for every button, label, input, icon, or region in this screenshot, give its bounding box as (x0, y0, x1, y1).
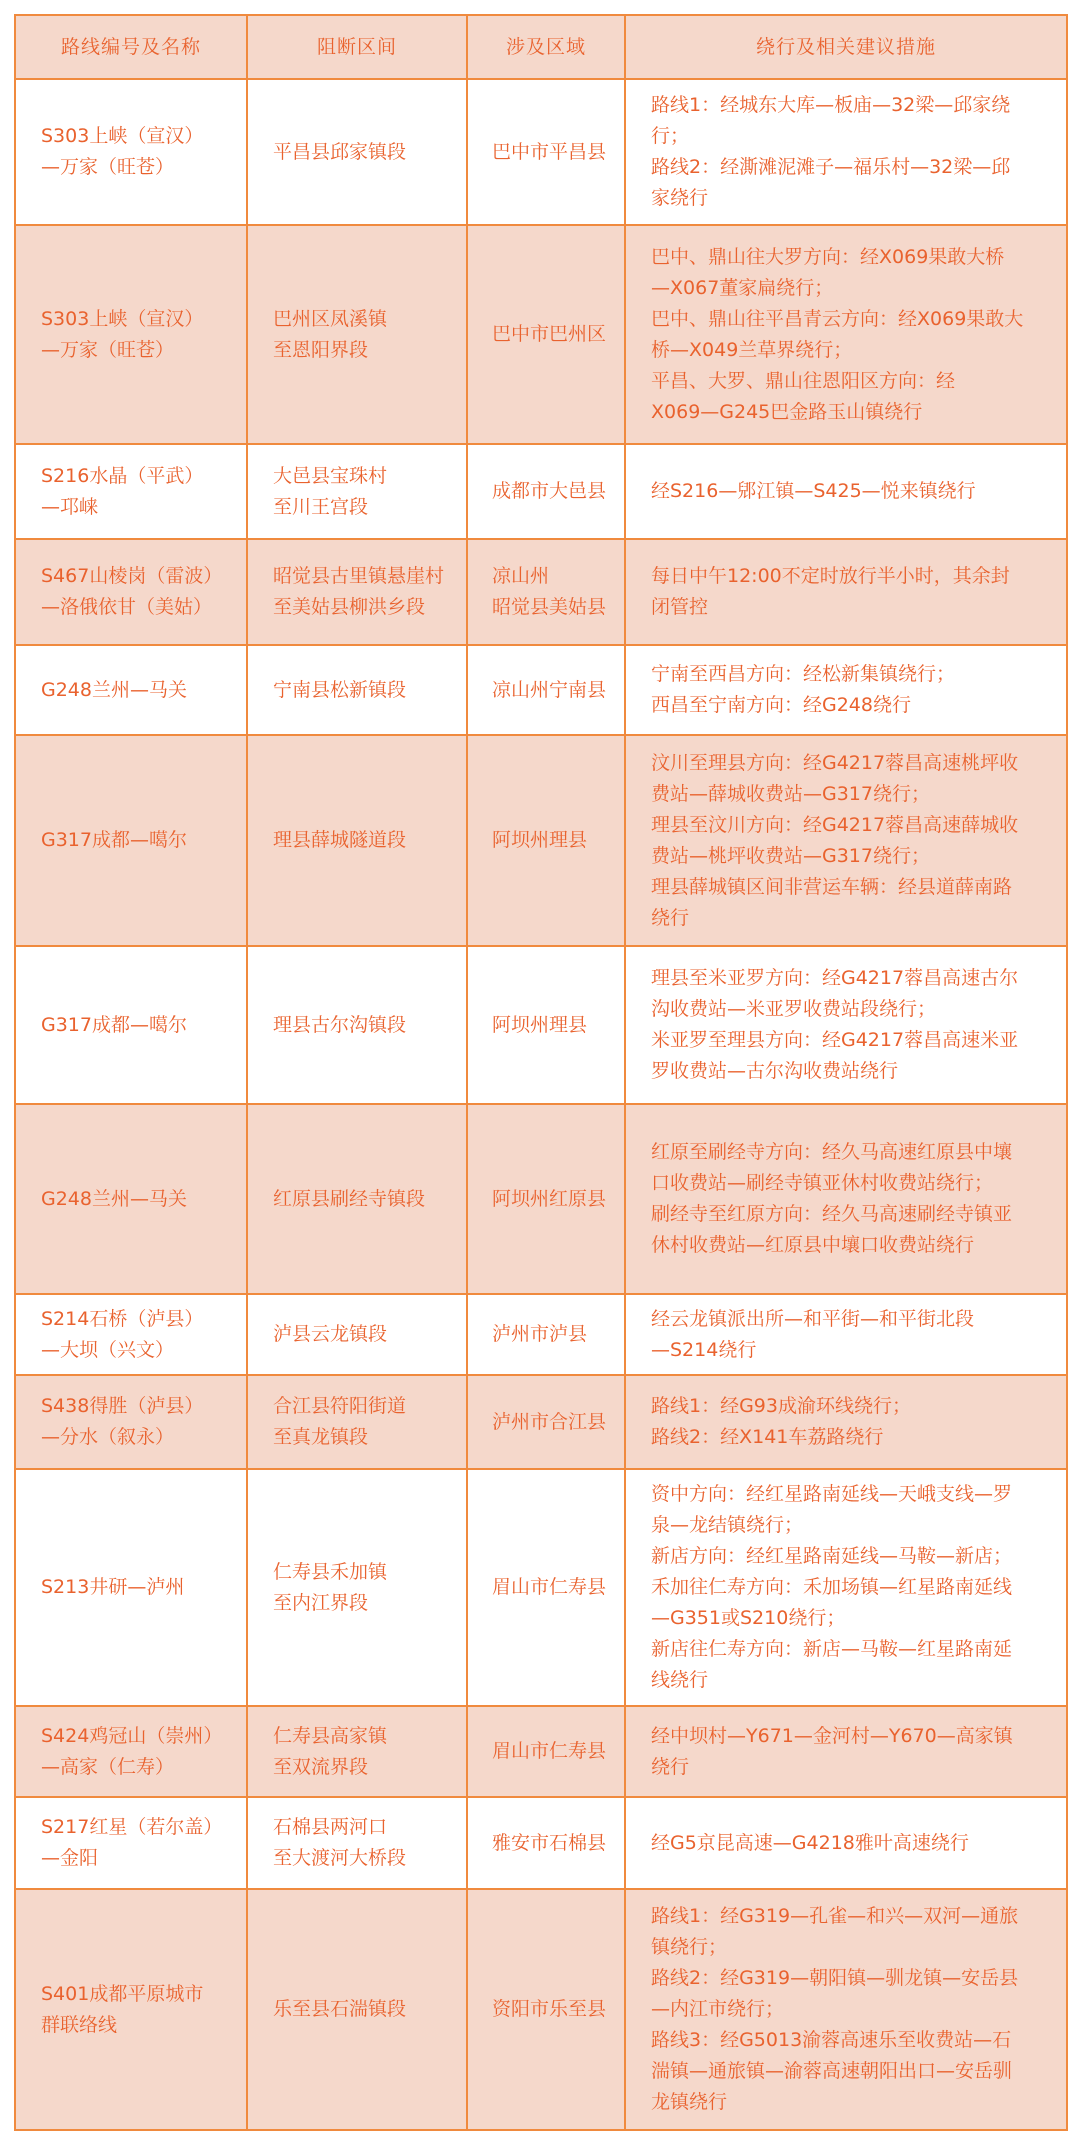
text-line: 巴中市平昌县 (492, 137, 620, 168)
detour-cell-text: 路线1：经G319—孔雀—和兴—双河—通旅镇绕行；路线2：经G319—朝阳镇—驯… (651, 1901, 1054, 2118)
area-cell: 巴中市巴州区 (467, 225, 625, 444)
text-line: 昭觉县美姑县 (492, 592, 620, 623)
area-cell: 凉山州昭觉县美姑县 (467, 539, 625, 645)
detour-cell: 路线1：经城东大库—板庙—32梁—邱家绕行；路线2：经澌滩泥滩子—福乐村—32梁… (625, 79, 1067, 225)
text-line: —X067董家扁绕行； (651, 273, 1054, 304)
text-line: —万家（旺苍） (41, 335, 234, 366)
text-line: S438得胜（泸县） (41, 1391, 234, 1422)
route-cell-text: S424鸡冠山（崇州）—高家（仁寿） (41, 1721, 234, 1783)
area-cell: 巴中市平昌县 (467, 79, 625, 225)
detour-cell-text: 路线1：经G93成渝环线绕行；路线2：经X141车荔路绕行 (651, 1391, 1054, 1453)
area-cell-text: 资阳市乐至县 (492, 1994, 620, 2025)
road-detour-table: 路线编号及名称 阻断区间 涉及区域 绕行及相关建议措施 S303上峡（宣汉）—万… (14, 14, 1068, 2131)
text-line: S467山棱岗（雷波） (41, 561, 234, 592)
text-line: 线绕行 (651, 1665, 1054, 1696)
route-cell: S216水晶（平武）—邛崃 (15, 444, 247, 539)
text-line: X069—G245巴金路玉山镇绕行 (651, 397, 1054, 428)
header-route: 路线编号及名称 (15, 15, 247, 79)
blocked-section-cell-text: 宁南县松新镇段 (273, 675, 454, 706)
detour-cell: 经云龙镇派出所—和平街—和平街北段—S214绕行 (625, 1294, 1067, 1375)
area-cell: 阿坝州理县 (467, 735, 625, 946)
blocked-section-cell: 合江县符阳街道至真龙镇段 (247, 1375, 467, 1469)
blocked-section-cell-text: 泸县云龙镇段 (273, 1319, 454, 1350)
text-line: 泸州市泸县 (492, 1319, 620, 1350)
area-cell: 泸州市泸县 (467, 1294, 625, 1375)
detour-cell: 经G5京昆高速—G4218雅叶高速绕行 (625, 1797, 1067, 1889)
detour-cell: 汶川至理县方向：经G4217蓉昌高速桃坪收费站—薛城收费站—G317绕行；理县至… (625, 735, 1067, 946)
area-cell: 雅安市石棉县 (467, 1797, 625, 1889)
text-line: 至恩阳界段 (273, 335, 454, 366)
text-line: —内江市绕行； (651, 1994, 1054, 2025)
text-line: 米亚罗至理县方向：经G4217蓉昌高速米亚 (651, 1025, 1054, 1056)
text-line: 禾加往仁寿方向：禾加场镇—红星路南延线 (651, 1572, 1054, 1603)
route-cell-text: S438得胜（泸县）—分水（叙永） (41, 1391, 234, 1453)
header-blocked-section: 阻断区间 (247, 15, 467, 79)
text-line: 费站—薛城收费站—G317绕行； (651, 779, 1054, 810)
text-line: 平昌县邱家镇段 (273, 137, 454, 168)
route-cell-text: G248兰州—马关 (41, 675, 234, 706)
text-line: 路线2：经X141车荔路绕行 (651, 1422, 1054, 1453)
text-line: 至大渡河大桥段 (273, 1843, 454, 1874)
blocked-section-cell: 石棉县两河口至大渡河大桥段 (247, 1797, 467, 1889)
text-line: 罗收费站—古尔沟收费站绕行 (651, 1056, 1054, 1087)
detour-cell: 经S216—郳江镇—S425—悦来镇绕行 (625, 444, 1067, 539)
text-line: 大邑县宝珠村 (273, 461, 454, 492)
text-line: 费站—桃坪收费站—G317绕行； (651, 841, 1054, 872)
area-cell-text: 巴中市巴州区 (492, 319, 620, 350)
text-line: G317成都—噶尔 (41, 825, 234, 856)
route-cell-text: G248兰州—马关 (41, 1184, 234, 1215)
route-cell: S467山棱岗（雷波）—洛俄依甘（美姑） (15, 539, 247, 645)
text-line: 资阳市乐至县 (492, 1994, 620, 2025)
blocked-section-cell-text: 理县古尔沟镇段 (273, 1010, 454, 1041)
text-line: 眉山市仁寿县 (492, 1572, 620, 1603)
table-row: S216水晶（平武）—邛崃大邑县宝珠村至川王宫段成都市大邑县经S216—郳江镇—… (15, 444, 1067, 539)
detour-cell: 理县至米亚罗方向：经G4217蓉昌高速古尔沟收费站—米亚罗收费站段绕行；米亚罗至… (625, 946, 1067, 1104)
blocked-section-cell-text: 大邑县宝珠村至川王宫段 (273, 461, 454, 523)
text-line: 行； (651, 121, 1054, 152)
text-line: 群联络线 (41, 2010, 234, 2041)
text-line: —万家（旺苍） (41, 152, 234, 183)
route-cell: S217红星（若尔盖）—金阳 (15, 1797, 247, 1889)
blocked-section-cell: 乐至县石湍镇段 (247, 1889, 467, 2130)
area-cell-text: 凉山州宁南县 (492, 675, 620, 706)
route-cell-text: S216水晶（平武）—邛崃 (41, 461, 234, 523)
text-line: —洛俄依甘（美姑） (41, 592, 234, 623)
text-line: 休村收费站—红原县中壤口收费站绕行 (651, 1230, 1054, 1261)
header-detour: 绕行及相关建议措施 (625, 15, 1067, 79)
text-line: 理县至汶川方向：经G4217蓉昌高速薛城收 (651, 810, 1054, 841)
text-line: 新店方向：经红星路南延线—马鞍—新店； (651, 1541, 1054, 1572)
area-cell: 资阳市乐至县 (467, 1889, 625, 2130)
text-line: 刷经寺至红原方向：经久马高速刷经寺镇亚 (651, 1199, 1054, 1230)
detour-cell-text: 汶川至理县方向：经G4217蓉昌高速桃坪收费站—薛城收费站—G317绕行；理县至… (651, 748, 1054, 934)
area-cell-text: 凉山州昭觉县美姑县 (492, 561, 620, 623)
area-cell-text: 雅安市石棉县 (492, 1828, 620, 1859)
header-area: 涉及区域 (467, 15, 625, 79)
text-line: S424鸡冠山（崇州） (41, 1721, 234, 1752)
area-cell: 阿坝州理县 (467, 946, 625, 1104)
table-row: S401成都平原城市群联络线乐至县石湍镇段资阳市乐至县路线1：经G319—孔雀—… (15, 1889, 1067, 2130)
table-row: S424鸡冠山（崇州）—高家（仁寿）仁寿县高家镇至双流界段眉山市仁寿县经中坝村—… (15, 1706, 1067, 1797)
text-line: 口收费站—刷经寺镇亚休村收费站绕行； (651, 1168, 1054, 1199)
route-cell: S214石桥（泸县）—大坝（兴文） (15, 1294, 247, 1375)
detour-cell-text: 经S216—郳江镇—S425—悦来镇绕行 (651, 476, 1054, 507)
area-cell-text: 眉山市仁寿县 (492, 1736, 620, 1767)
text-line: 仁寿县高家镇 (273, 1721, 454, 1752)
route-cell: S213井研—泸州 (15, 1469, 247, 1706)
text-line: 理县薛城隧道段 (273, 825, 454, 856)
route-cell-text: S213井研—泸州 (41, 1572, 234, 1603)
blocked-section-cell: 理县薛城隧道段 (247, 735, 467, 946)
text-line: 合江县符阳街道 (273, 1391, 454, 1422)
text-line: 路线1：经G93成渝环线绕行； (651, 1391, 1054, 1422)
blocked-section-cell-text: 平昌县邱家镇段 (273, 137, 454, 168)
blocked-section-cell-text: 石棉县两河口至大渡河大桥段 (273, 1812, 454, 1874)
text-line: 阿坝州理县 (492, 1010, 620, 1041)
detour-cell: 经中坝村—Y671—金河村—Y670—高家镇绕行 (625, 1706, 1067, 1797)
route-cell: G248兰州—马关 (15, 645, 247, 735)
text-line: G248兰州—马关 (41, 675, 234, 706)
table-row: S214石桥（泸县）—大坝（兴文）泸县云龙镇段泸州市泸县经云龙镇派出所—和平街—… (15, 1294, 1067, 1375)
route-cell: S303上峡（宣汉）—万家（旺苍） (15, 225, 247, 444)
text-line: 成都市大邑县 (492, 476, 620, 507)
text-line: 理县薛城镇区间非营运车辆：经县道薛南路 (651, 872, 1054, 903)
area-cell-text: 阿坝州红原县 (492, 1184, 620, 1215)
detour-cell: 宁南至西昌方向：经松新集镇绕行；西昌至宁南方向：经G248绕行 (625, 645, 1067, 735)
table-row: S303上峡（宣汉）—万家（旺苍）平昌县邱家镇段巴中市平昌县路线1：经城东大库—… (15, 79, 1067, 225)
area-cell: 眉山市仁寿县 (467, 1469, 625, 1706)
text-line: 至内江界段 (273, 1588, 454, 1619)
blocked-section-cell: 理县古尔沟镇段 (247, 946, 467, 1104)
area-cell-text: 泸州市泸县 (492, 1319, 620, 1350)
text-line: G248兰州—马关 (41, 1184, 234, 1215)
text-line: 石棉县两河口 (273, 1812, 454, 1843)
detour-cell: 每日中午12:00不定时放行半小时，其余封闭管控 (625, 539, 1067, 645)
blocked-section-cell: 巴州区凤溪镇至恩阳界段 (247, 225, 467, 444)
blocked-section-cell-text: 合江县符阳街道至真龙镇段 (273, 1391, 454, 1453)
detour-cell-text: 经云龙镇派出所—和平街—和平街北段—S214绕行 (651, 1304, 1054, 1366)
route-cell: S401成都平原城市群联络线 (15, 1889, 247, 2130)
text-line: 红原至刷经寺方向：经久马高速红原县中壤 (651, 1137, 1054, 1168)
blocked-section-cell-text: 仁寿县禾加镇至内江界段 (273, 1557, 454, 1619)
text-line: 桥—X049兰草界绕行； (651, 335, 1054, 366)
blocked-section-cell: 仁寿县高家镇至双流界段 (247, 1706, 467, 1797)
table-row: G317成都—噶尔理县薛城隧道段阿坝州理县汶川至理县方向：经G4217蓉昌高速桃… (15, 735, 1067, 946)
area-cell: 泸州市合江县 (467, 1375, 625, 1469)
text-line: 宁南县松新镇段 (273, 675, 454, 706)
route-cell: S303上峡（宣汉）—万家（旺苍） (15, 79, 247, 225)
table-row: S213井研—泸州仁寿县禾加镇至内江界段眉山市仁寿县资中方向：经红星路南延线—天… (15, 1469, 1067, 1706)
text-line: 经S216—郳江镇—S425—悦来镇绕行 (651, 476, 1054, 507)
text-line: 至川王宫段 (273, 492, 454, 523)
text-line: —高家（仁寿） (41, 1752, 234, 1783)
blocked-section-cell: 仁寿县禾加镇至内江界段 (247, 1469, 467, 1706)
text-line: 经云龙镇派出所—和平街—和平街北段 (651, 1304, 1054, 1335)
text-line: 凉山州宁南县 (492, 675, 620, 706)
detour-cell-text: 红原至刷经寺方向：经久马高速红原县中壤口收费站—刷经寺镇亚休村收费站绕行；刷经寺… (651, 1137, 1054, 1261)
area-cell-text: 阿坝州理县 (492, 825, 620, 856)
blocked-section-cell: 泸县云龙镇段 (247, 1294, 467, 1375)
text-line: 宁南至西昌方向：经松新集镇绕行； (651, 659, 1054, 690)
table-row: S438得胜（泸县）—分水（叙永）合江县符阳街道至真龙镇段泸州市合江县路线1：经… (15, 1375, 1067, 1469)
area-cell-text: 成都市大邑县 (492, 476, 620, 507)
route-cell-text: S467山棱岗（雷波）—洛俄依甘（美姑） (41, 561, 234, 623)
detour-cell: 路线1：经G93成渝环线绕行；路线2：经X141车荔路绕行 (625, 1375, 1067, 1469)
table-row: S467山棱岗（雷波）—洛俄依甘（美姑）昭觉县古里镇悬崖村至美姑县柳洪乡段凉山州… (15, 539, 1067, 645)
text-line: 路线1：经城东大库—板庙—32梁—邱家绕 (651, 90, 1054, 121)
text-line: —邛崃 (41, 492, 234, 523)
text-line: 经G5京昆高速—G4218雅叶高速绕行 (651, 1828, 1054, 1859)
text-line: 绕行 (651, 903, 1054, 934)
text-line: 泸县云龙镇段 (273, 1319, 454, 1350)
area-cell: 阿坝州红原县 (467, 1104, 625, 1294)
text-line: S214石桥（泸县） (41, 1304, 234, 1335)
detour-cell-text: 经G5京昆高速—G4218雅叶高速绕行 (651, 1828, 1054, 1859)
route-cell: S424鸡冠山（崇州）—高家（仁寿） (15, 1706, 247, 1797)
table-row: G248兰州—马关宁南县松新镇段凉山州宁南县宁南至西昌方向：经松新集镇绕行；西昌… (15, 645, 1067, 735)
table-row: S303上峡（宣汉）—万家（旺苍）巴州区凤溪镇至恩阳界段巴中市巴州区巴中、鼎山往… (15, 225, 1067, 444)
route-cell: G317成都—噶尔 (15, 946, 247, 1104)
text-line: 泉—龙结镇绕行； (651, 1510, 1054, 1541)
text-line: 雅安市石棉县 (492, 1828, 620, 1859)
text-line: 闭管控 (651, 592, 1054, 623)
text-line: 龙镇绕行 (651, 2087, 1054, 2118)
text-line: S216水晶（平武） (41, 461, 234, 492)
text-line: —大坝（兴文） (41, 1335, 234, 1366)
text-line: G317成都—噶尔 (41, 1010, 234, 1041)
text-line: 昭觉县古里镇悬崖村 (273, 561, 454, 592)
blocked-section-cell-text: 昭觉县古里镇悬崖村至美姑县柳洪乡段 (273, 561, 454, 623)
table-row: S217红星（若尔盖）—金阳石棉县两河口至大渡河大桥段雅安市石棉县经G5京昆高速… (15, 1797, 1067, 1889)
text-line: 巴州区凤溪镇 (273, 304, 454, 335)
blocked-section-cell-text: 理县薛城隧道段 (273, 825, 454, 856)
text-line: 资中方向：经红星路南延线—天峨支线—罗 (651, 1479, 1054, 1510)
text-line: 巴中、鼎山往平昌青云方向：经X069果敢大 (651, 304, 1054, 335)
area-cell-text: 眉山市仁寿县 (492, 1572, 620, 1603)
detour-cell-text: 路线1：经城东大库—板庙—32梁—邱家绕行；路线2：经澌滩泥滩子—福乐村—32梁… (651, 90, 1054, 214)
detour-cell-text: 经中坝村—Y671—金河村—Y670—高家镇绕行 (651, 1721, 1054, 1783)
route-cell-text: G317成都—噶尔 (41, 825, 234, 856)
text-line: 乐至县石湍镇段 (273, 1994, 454, 2025)
route-cell: G248兰州—马关 (15, 1104, 247, 1294)
blocked-section-cell-text: 乐至县石湍镇段 (273, 1994, 454, 2025)
text-line: 绕行 (651, 1752, 1054, 1783)
text-line: 阿坝州红原县 (492, 1184, 620, 1215)
route-cell-text: S401成都平原城市群联络线 (41, 1979, 234, 2041)
text-line: S213井研—泸州 (41, 1572, 234, 1603)
text-line: 眉山市仁寿县 (492, 1736, 620, 1767)
text-line: 理县古尔沟镇段 (273, 1010, 454, 1041)
text-line: 仁寿县禾加镇 (273, 1557, 454, 1588)
route-cell: S438得胜（泸县）—分水（叙永） (15, 1375, 247, 1469)
text-line: S217红星（若尔盖） (41, 1812, 234, 1843)
detour-cell-text: 理县至米亚罗方向：经G4217蓉昌高速古尔沟收费站—米亚罗收费站段绕行；米亚罗至… (651, 963, 1054, 1087)
text-line: 汶川至理县方向：经G4217蓉昌高速桃坪收 (651, 748, 1054, 779)
text-line: 红原县刷经寺镇段 (273, 1184, 454, 1215)
blocked-section-cell: 宁南县松新镇段 (247, 645, 467, 735)
text-line: 镇绕行； (651, 1932, 1054, 1963)
text-line: 巴中市巴州区 (492, 319, 620, 350)
blocked-section-cell: 平昌县邱家镇段 (247, 79, 467, 225)
area-cell: 成都市大邑县 (467, 444, 625, 539)
area-cell: 凉山州宁南县 (467, 645, 625, 735)
table-header-row: 路线编号及名称 阻断区间 涉及区域 绕行及相关建议措施 (15, 15, 1067, 79)
detour-cell-text: 资中方向：经红星路南延线—天峨支线—罗泉—龙结镇绕行；新店方向：经红星路南延线—… (651, 1479, 1054, 1696)
blocked-section-cell: 昭觉县古里镇悬崖村至美姑县柳洪乡段 (247, 539, 467, 645)
text-line: —G351或S210绕行； (651, 1603, 1054, 1634)
area-cell: 眉山市仁寿县 (467, 1706, 625, 1797)
route-cell-text: G317成都—噶尔 (41, 1010, 234, 1041)
text-line: 沟收费站—米亚罗收费站段绕行； (651, 994, 1054, 1025)
text-line: 路线1：经G319—孔雀—和兴—双河—通旅 (651, 1901, 1054, 1932)
blocked-section-cell: 红原县刷经寺镇段 (247, 1104, 467, 1294)
text-line: 凉山州 (492, 561, 620, 592)
text-line: 家绕行 (651, 183, 1054, 214)
blocked-section-cell-text: 红原县刷经寺镇段 (273, 1184, 454, 1215)
table-row: G317成都—噶尔理县古尔沟镇段阿坝州理县理县至米亚罗方向：经G4217蓉昌高速… (15, 946, 1067, 1104)
text-line: 阿坝州理县 (492, 825, 620, 856)
text-line: 经中坝村—Y671—金河村—Y670—高家镇 (651, 1721, 1054, 1752)
route-cell-text: S303上峡（宣汉）—万家（旺苍） (41, 121, 234, 183)
detour-cell: 资中方向：经红星路南延线—天峨支线—罗泉—龙结镇绕行；新店方向：经红星路南延线—… (625, 1469, 1067, 1706)
blocked-section-cell-text: 仁寿县高家镇至双流界段 (273, 1721, 454, 1783)
text-line: —分水（叙永） (41, 1422, 234, 1453)
text-line: 泸州市合江县 (492, 1407, 620, 1438)
text-line: 西昌至宁南方向：经G248绕行 (651, 690, 1054, 721)
table-body: S303上峡（宣汉）—万家（旺苍）平昌县邱家镇段巴中市平昌县路线1：经城东大库—… (15, 79, 1067, 2130)
blocked-section-cell: 大邑县宝珠村至川王宫段 (247, 444, 467, 539)
text-line: 新店往仁寿方向：新店—马鞍—红星路南延 (651, 1634, 1054, 1665)
text-line: 平昌、大罗、鼎山往恩阳区方向：经 (651, 366, 1054, 397)
text-line: 每日中午12:00不定时放行半小时，其余封 (651, 561, 1054, 592)
area-cell-text: 泸州市合江县 (492, 1407, 620, 1438)
blocked-section-cell-text: 巴州区凤溪镇至恩阳界段 (273, 304, 454, 366)
detour-cell-text: 巴中、鼎山往大罗方向：经X069果敢大桥—X067董家扁绕行；巴中、鼎山往平昌青… (651, 242, 1054, 428)
text-line: 理县至米亚罗方向：经G4217蓉昌高速古尔 (651, 963, 1054, 994)
route-cell-text: S303上峡（宣汉）—万家（旺苍） (41, 304, 234, 366)
area-cell-text: 阿坝州理县 (492, 1010, 620, 1041)
text-line: 至美姑县柳洪乡段 (273, 592, 454, 623)
text-line: 巴中、鼎山往大罗方向：经X069果敢大桥 (651, 242, 1054, 273)
route-cell: G317成都—噶尔 (15, 735, 247, 946)
detour-cell-text: 宁南至西昌方向：经松新集镇绕行；西昌至宁南方向：经G248绕行 (651, 659, 1054, 721)
route-cell-text: S217红星（若尔盖）—金阳 (41, 1812, 234, 1874)
area-cell-text: 巴中市平昌县 (492, 137, 620, 168)
text-line: 路线2：经澌滩泥滩子—福乐村—32梁—邱 (651, 152, 1054, 183)
detour-cell-text: 每日中午12:00不定时放行半小时，其余封闭管控 (651, 561, 1054, 623)
text-line: 至双流界段 (273, 1752, 454, 1783)
text-line: 至真龙镇段 (273, 1422, 454, 1453)
table-row: G248兰州—马关红原县刷经寺镇段阿坝州红原县红原至刷经寺方向：经久马高速红原县… (15, 1104, 1067, 1294)
text-line: 路线3：经G5013渝蓉高速乐至收费站—石 (651, 2025, 1054, 2056)
detour-cell: 巴中、鼎山往大罗方向：经X069果敢大桥—X067董家扁绕行；巴中、鼎山往平昌青… (625, 225, 1067, 444)
route-cell-text: S214石桥（泸县）—大坝（兴文） (41, 1304, 234, 1366)
text-line: 湍镇—通旅镇—渝蓉高速朝阳出口—安岳驯 (651, 2056, 1054, 2087)
detour-cell: 红原至刷经寺方向：经久马高速红原县中壤口收费站—刷经寺镇亚休村收费站绕行；刷经寺… (625, 1104, 1067, 1294)
text-line: —S214绕行 (651, 1335, 1054, 1366)
text-line: S401成都平原城市 (41, 1979, 234, 2010)
text-line: 路线2：经G319—朝阳镇—驯龙镇—安岳县 (651, 1963, 1054, 1994)
detour-cell: 路线1：经G319—孔雀—和兴—双河—通旅镇绕行；路线2：经G319—朝阳镇—驯… (625, 1889, 1067, 2130)
text-line: S303上峡（宣汉） (41, 304, 234, 335)
text-line: —金阳 (41, 1843, 234, 1874)
text-line: S303上峡（宣汉） (41, 121, 234, 152)
